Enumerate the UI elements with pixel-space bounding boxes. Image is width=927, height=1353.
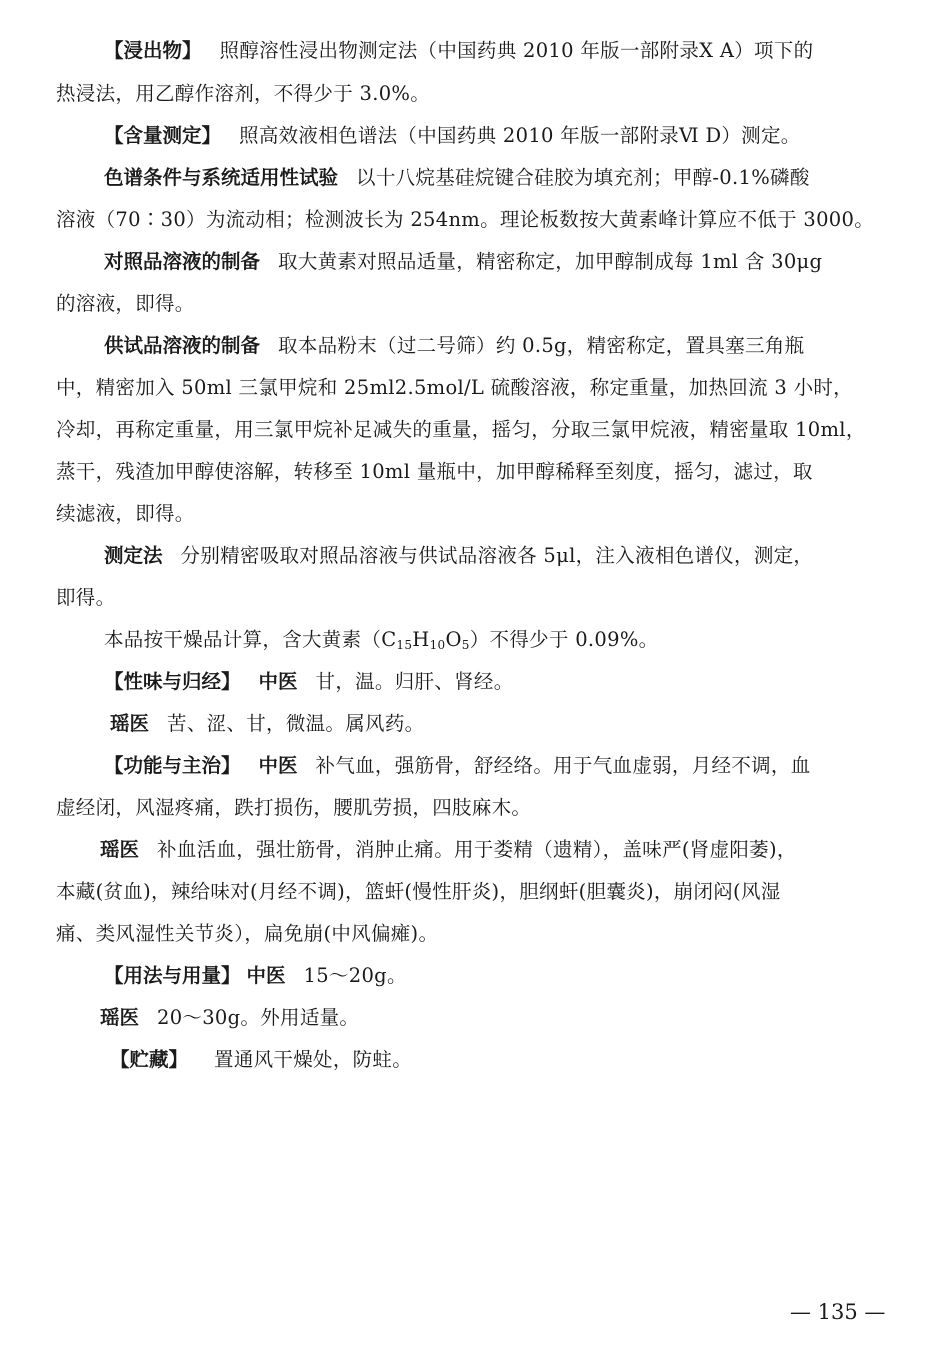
usage-yao-line: 瑶医20～30g。外用适量。: [100, 1004, 920, 1032]
extract-line-1: 【浸出物】照醇溶性浸出物测定法（中国药典 2010 年版一部附录Ⅹ A）项下的: [104, 37, 924, 65]
formula-sub-h: 10: [430, 638, 446, 652]
reference-solution-text: 取大黄素对照品适量，精密称定，加甲醇制成每 1ml 含 30μg: [278, 250, 822, 273]
determination-heading: 测定法: [104, 544, 163, 567]
test-solution-text: 取本品粉末（过二号筛）约 0.5g，精密称定，置具塞三角瓶: [278, 334, 804, 357]
assay-line: 【含量测定】照高效液相色谱法（中国药典 2010 年版一部附录Ⅵ D）测定。: [104, 122, 924, 150]
test-solution-line-3: 冷却，再称定重量，用三氯甲烷补足减失的重量，摇匀，分取三氯甲烷液，精密量取 10…: [56, 416, 876, 444]
test-solution-line-4: 蒸干，残渣加甲醇使溶解，转移至 10ml 量瓶中，加甲醇稀释至刻度，摇匀，滤过，…: [56, 458, 876, 486]
formula-o: O: [445, 628, 461, 651]
assay-text: 照高效液相色谱法（中国药典 2010 年版一部附录Ⅵ D）测定。: [239, 124, 801, 147]
functions-tcm-label: 中医: [259, 754, 298, 777]
reference-solution-line-1: 对照品溶液的制备取大黄素对照品适量，精密称定，加甲醇制成每 1ml 含 30μg: [104, 248, 924, 276]
nature-yao-text: 苦、涩、甘，微温。属风药。: [167, 712, 424, 735]
formula-h: H: [412, 628, 429, 651]
content-limit-line: 本品按干燥品计算，含大黄素（C15H10O5）不得少于 0.09%。: [104, 626, 924, 654]
functions-yao-line-1: 瑶医补血活血，强壮筋骨，消肿止痛。用于娄精（遗精），盖味严(肾虚阳萎)，: [100, 836, 920, 864]
storage-heading: 【贮藏】: [110, 1048, 188, 1071]
functions-yao-label: 瑶医: [100, 838, 139, 861]
nature-tcm-label: 中医: [259, 670, 298, 693]
usage-yao-label: 瑶医: [100, 1006, 139, 1029]
usage-tcm-text: 15～20g。: [304, 964, 407, 987]
storage-text: 置通风干燥处，防蛀。: [214, 1048, 412, 1071]
formula-sub-c: 15: [396, 638, 412, 652]
storage-line: 【贮藏】置通风干燥处，防蛀。: [110, 1046, 927, 1074]
extract-line-2: 热浸法，用乙醇作溶剂，不得少于 3.0%。: [56, 80, 876, 108]
test-solution-line-5: 续滤液，即得。: [56, 500, 876, 528]
chromatography-heading: 色谱条件与系统适用性试验: [104, 166, 338, 189]
content-suffix: ）不得少于 0.09%。: [470, 628, 659, 651]
functions-yao-text: 补血活血，强壮筋骨，消肿止痛。用于娄精（遗精），盖味严(肾虚阳萎)，: [157, 838, 797, 861]
determination-text: 分别精密吸取对照品溶液与供试品溶液各 5μl，注入液相色谱仪，测定，: [181, 544, 814, 567]
nature-tcm-text: 甘，温。归肝、肾经。: [316, 670, 514, 693]
chromatography-text: 以十八烷基硅烷键合硅胶为填充剂；甲醇-0.1%磷酸: [356, 166, 810, 189]
usage-heading: 【用法与用量】: [104, 964, 241, 987]
formula-sub-o: 5: [462, 638, 470, 652]
reference-solution-line-2: 的溶液，即得。: [56, 290, 876, 318]
chromatography-line-1: 色谱条件与系统适用性试验以十八烷基硅烷键合硅胶为填充剂；甲醇-0.1%磷酸: [104, 164, 924, 192]
usage-yao-text: 20～30g。外用适量。: [157, 1006, 359, 1029]
functions-heading: 【功能与主治】: [104, 754, 241, 777]
nature-yao-line: 瑶医苦、涩、甘，微温。属风药。: [110, 710, 927, 738]
determination-line-2: 即得。: [56, 584, 876, 612]
extract-text: 照醇溶性浸出物测定法（中国药典 2010 年版一部附录Ⅹ A）项下的: [220, 39, 814, 62]
test-solution-line-2: 中，精密加入 50ml 三氯甲烷和 25ml2.5mol/L 硫酸溶液，称定重量…: [56, 374, 876, 402]
test-solution-heading: 供试品溶液的制备: [104, 334, 260, 357]
determination-line-1: 测定法分别精密吸取对照品溶液与供试品溶液各 5μl，注入液相色谱仪，测定，: [104, 542, 924, 570]
nature-yao-label: 瑶医: [110, 712, 149, 735]
reference-solution-heading: 对照品溶液的制备: [104, 250, 260, 273]
page-number: — 135 —: [790, 1298, 885, 1326]
nature-heading: 【性味与归经】: [104, 670, 241, 693]
usage-tcm-line: 【用法与用量】中医15～20g。: [104, 962, 924, 990]
functions-tcm-text: 补气血，强筋骨，舒经络。用于气血虚弱，月经不调，血: [316, 754, 811, 777]
assay-heading: 【含量测定】: [104, 124, 221, 147]
usage-tcm-label: 中医: [247, 964, 286, 987]
functions-tcm-line-2: 虚经闭，风湿疼痛，跌打损伤，腰肌劳损，四肢麻木。: [56, 794, 876, 822]
functions-tcm-line-1: 【功能与主治】中医补气血，强筋骨，舒经络。用于气血虚弱，月经不调，血: [104, 752, 924, 780]
document-page: 【浸出物】照醇溶性浸出物测定法（中国药典 2010 年版一部附录Ⅹ A）项下的 …: [0, 0, 927, 1353]
content-prefix: 本品按干燥品计算，含大黄素（C: [104, 628, 396, 651]
chromatography-line-2: 溶液（70∶30）为流动相；检测波长为 254nm。理论板数按大黄素峰计算应不低…: [56, 206, 876, 234]
test-solution-line-1: 供试品溶液的制备取本品粉末（过二号筛）约 0.5g，精密称定，置具塞三角瓶: [104, 332, 924, 360]
nature-tcm-line: 【性味与归经】中医甘，温。归肝、肾经。: [104, 668, 924, 696]
extract-heading: 【浸出物】: [104, 39, 202, 62]
functions-yao-line-3: 痛、类风湿性关节炎），扁免崩(中风偏瘫)。: [56, 920, 876, 948]
functions-yao-line-2: 本藏(贫血)，辣给味对(月经不调)，篮虷(慢性肝炎)，胆纲虷(胆囊炎)，崩闭闷(…: [56, 878, 876, 906]
